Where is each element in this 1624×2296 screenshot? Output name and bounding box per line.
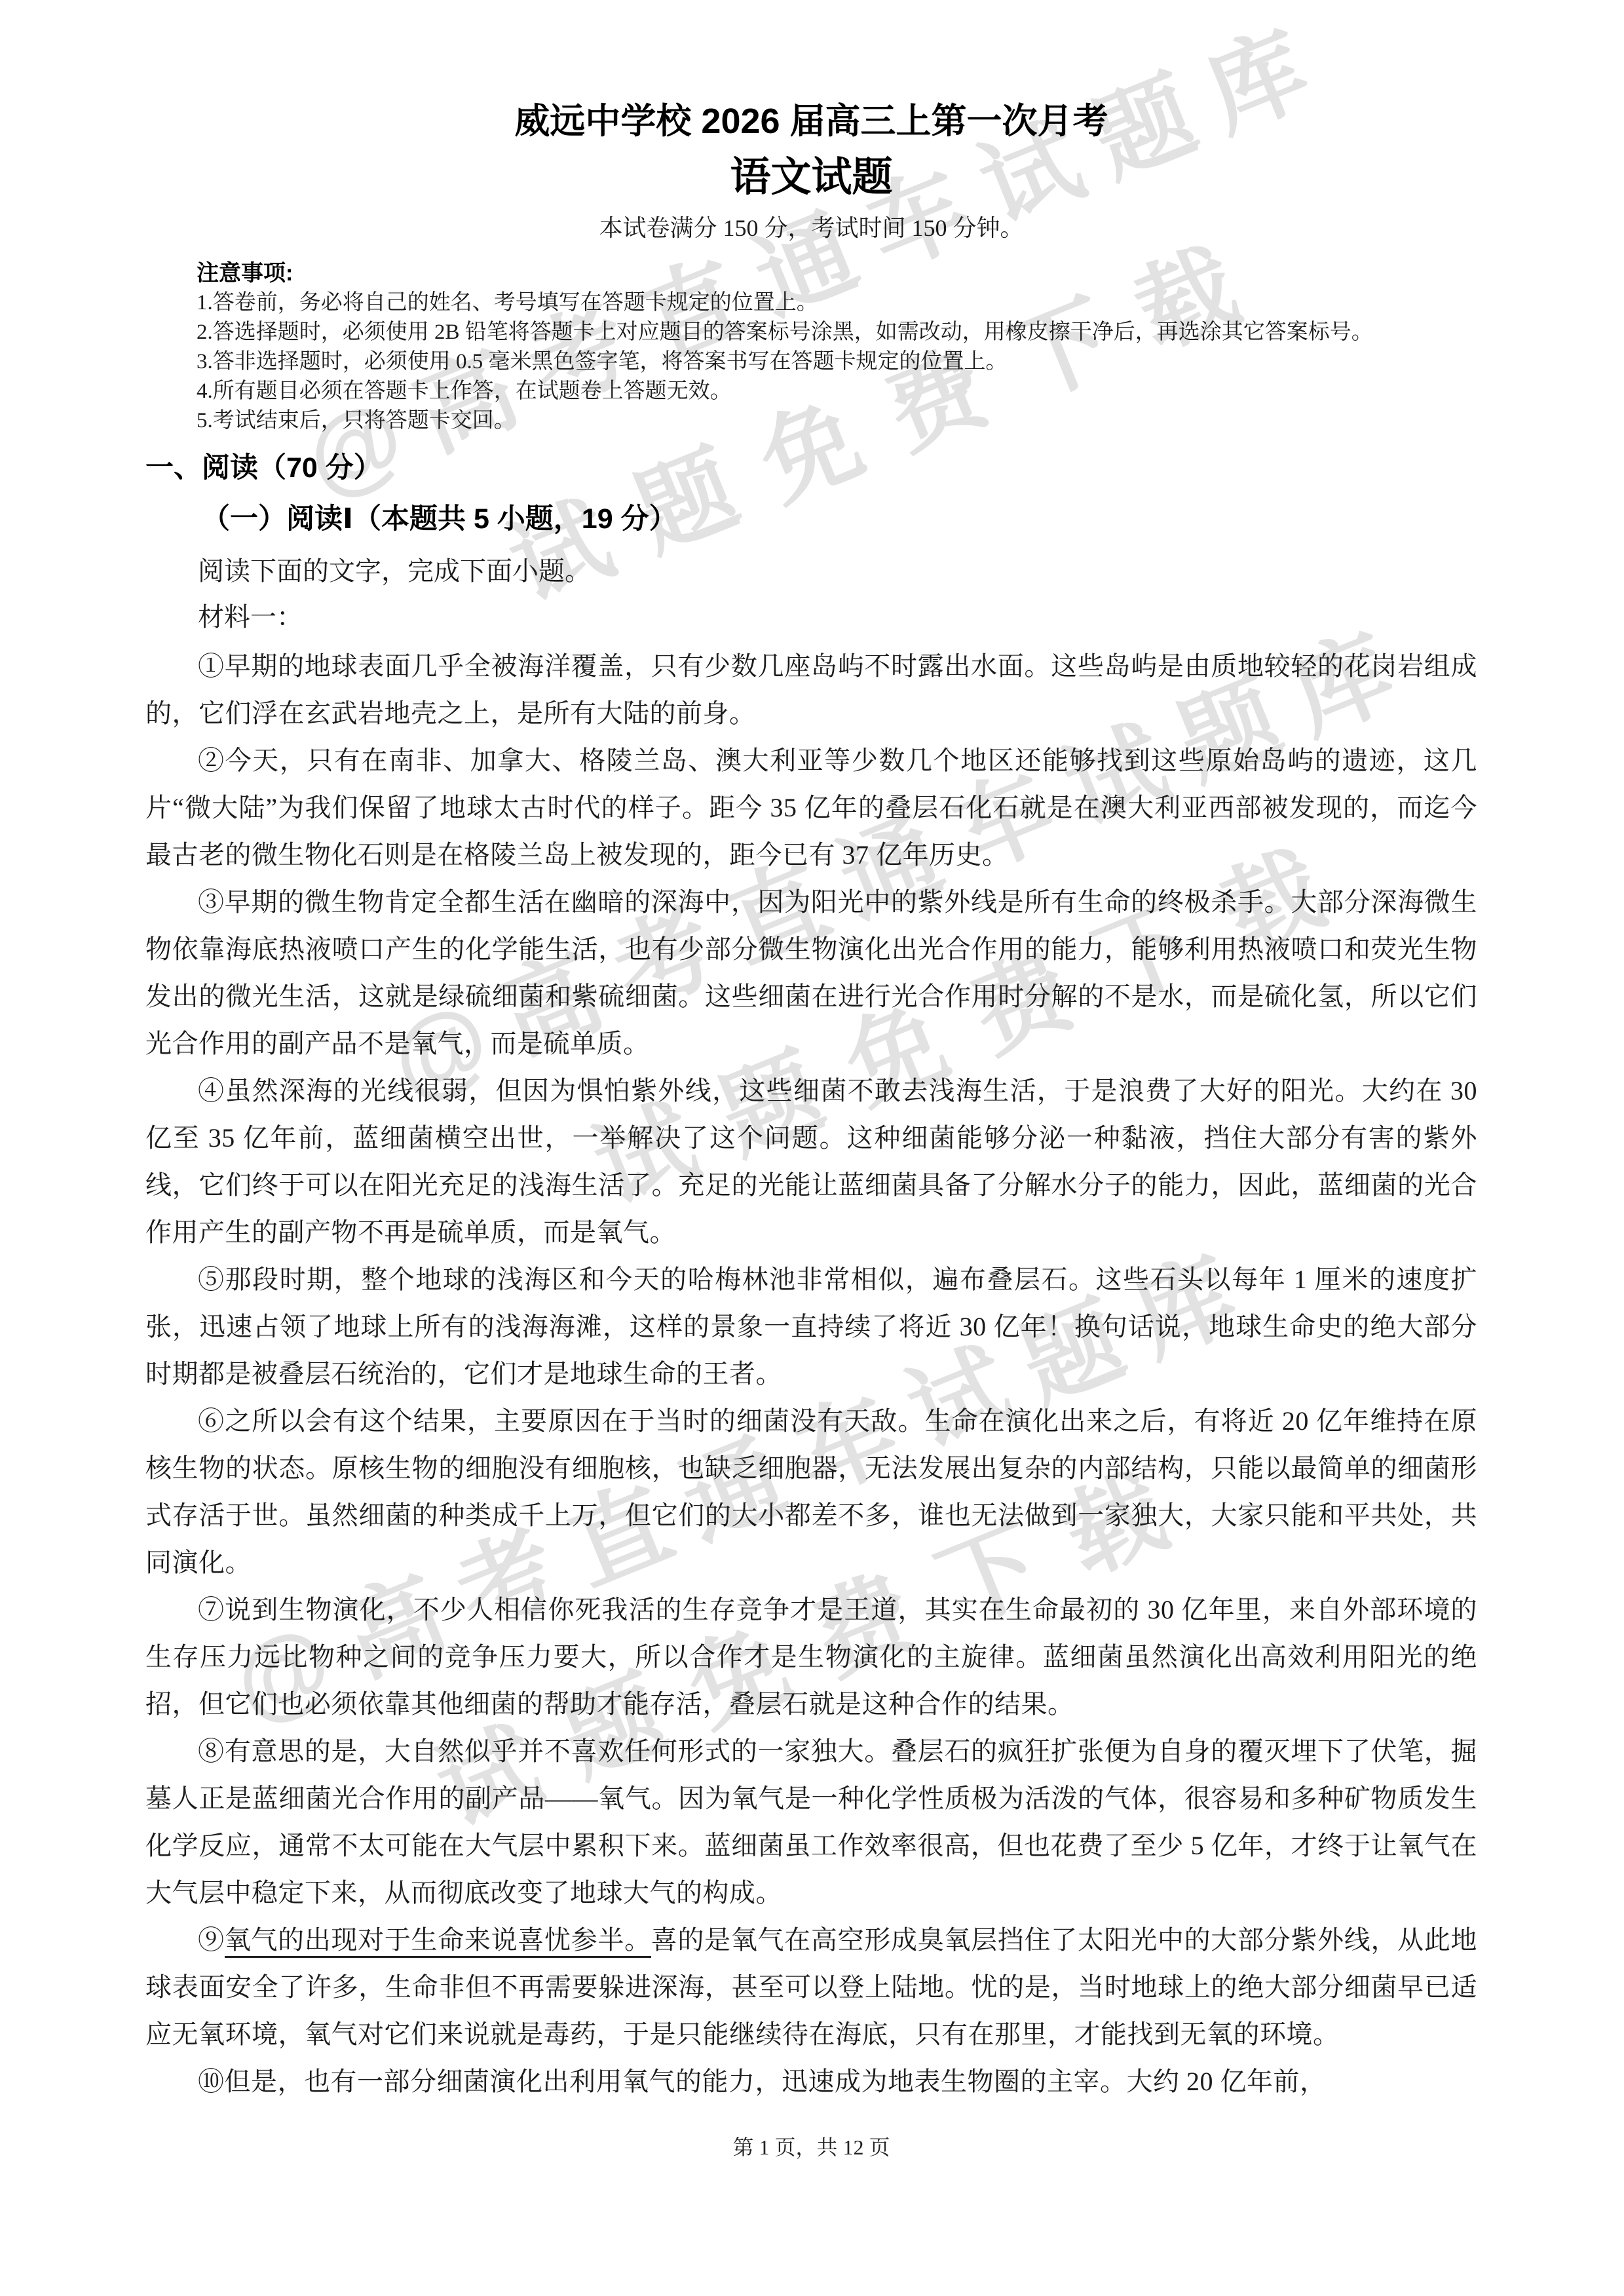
paragraph-text: ⑤那段时期，整个地球的浅海区和今天的哈梅林池非常相似，遍布叠层石。这些石头以每年… [145,1265,1477,1388]
exam-title: 威远中学校 2026 届高三上第一次月考 [145,98,1477,144]
body-paragraph: ⑨氧气的出现对于生命来说喜忧参半。喜的是氧气在高空形成臭氧层挡住了太阳光中的大部… [145,1917,1477,2058]
page-content: 威远中学校 2026 届高三上第一次月考 语文试题 本试卷满分 150 分，考试… [145,98,1477,2162]
reading-instruction: 阅读下面的文字，完成下面小题。 [145,554,1477,589]
notice-item: 5.考试结束后，只将答题卡交回。 [197,406,1477,436]
paragraph-text: ①早期的地球表面几乎全被海洋覆盖，只有少数几座岛屿不时露出水面。这些岛屿是由质地… [145,651,1477,728]
body-paragraph: ⑤那段时期，整个地球的浅海区和今天的哈梅林池非常相似，遍布叠层石。这些石头以每年… [145,1256,1477,1398]
body-paragraph: ⑥之所以会有这个结果，主要原因在于当时的细菌没有天敌。生命在演化出来之后，有将近… [145,1398,1477,1586]
notice-item: 4.所有题目必须在答题卡上作答，在试题卷上答题无效。 [197,377,1477,406]
underlined-text: 氧气的出现对于生命来说喜忧参半。 [225,1925,651,1958]
page-footer: 第 1 页，共 12 页 [145,2133,1477,2162]
paragraph-text: ⑨ [198,1925,225,1955]
paragraph-text: ⑧有意思的是，大自然似乎并不喜欢任何形式的一家独大。叠层石的疯狂扩张便为自身的覆… [145,1736,1477,1907]
body-paragraph: ⑦说到生物演化，不少人相信你死我活的生存竞争才是王道，其实在生命最初的 30 亿… [145,1586,1477,1728]
material-paragraphs: ①早期的地球表面几乎全被海洋覆盖，只有少数几座岛屿不时露出水面。这些岛屿是由质地… [145,643,1477,2105]
body-paragraph: ③早期的微生物肯定全都生活在幽暗的深海中，因为阳光中的紫外线是所有生命的终极杀手… [145,879,1477,1067]
paragraph-text: ②今天，只有在南非、加拿大、格陵兰岛、澳大利亚等少数几个地区还能够找到这些原始岛… [145,746,1477,870]
body-paragraph: ④虽然深海的光线很弱，但因为惧怕紫外线，这些细菌不敢去浅海生活，于是浪费了大好的… [145,1067,1477,1256]
notice-item: 1.答卷前，务必将自己的姓名、考号填写在答题卡规定的位置上。 [197,288,1477,318]
exam-subtitle: 语文试题 [145,152,1477,203]
body-paragraph: ⑩但是，也有一部分细菌演化出利用氧气的能力，迅速成为地表生物圈的主宰。大约 20… [145,2058,1477,2105]
paragraph-text: ⑦说到生物演化，不少人相信你死我活的生存竞争才是王道，其实在生命最初的 30 亿… [145,1595,1477,1719]
paragraph-text: ⑩但是，也有一部分细菌演化出利用氧气的能力，迅速成为地表生物圈的主宰。大约 20… [198,2067,1327,2096]
notice-list: 1.答卷前，务必将自己的姓名、考号填写在答题卡规定的位置上。2.答选择题时，必须… [197,288,1477,436]
paragraph-text: ③早期的微生物肯定全都生活在幽暗的深海中，因为阳光中的紫外线是所有生命的终极杀手… [145,887,1477,1058]
notice-block: 注意事项: 1.答卷前，务必将自己的姓名、考号填写在答题卡规定的位置上。2.答选… [197,258,1477,436]
paragraph-text: ⑥之所以会有这个结果，主要原因在于当时的细菌没有天敌。生命在演化出来之后，有将近… [145,1406,1477,1577]
notice-item: 3.答非选择题时，必须使用 0.5 毫米黑色签字笔，将答案书写在答题卡规定的位置… [197,347,1477,377]
notice-heading: 注意事项: [197,258,1477,288]
body-paragraph: ①早期的地球表面几乎全被海洋覆盖，只有少数几座岛屿不时露出水面。这些岛屿是由质地… [145,643,1477,737]
exam-page: @高考直通车试题库 试题免费下载 @高考直通车试题库 试题免费下载 @高考直通车… [0,0,1624,2296]
material-label: 材料一： [145,600,1477,635]
exam-info: 本试卷满分 150 分，考试时间 150 分钟。 [145,212,1477,244]
section-heading: 一、阅读（70 分） [145,449,1477,487]
paragraph-text: ④虽然深海的光线很弱，但因为惧怕紫外线，这些细菌不敢去浅海生活，于是浪费了大好的… [145,1076,1477,1247]
body-paragraph: ②今天，只有在南非、加拿大、格陵兰岛、澳大利亚等少数几个地区还能够找到这些原始岛… [145,737,1477,879]
body-paragraph: ⑧有意思的是，大自然似乎并不喜欢任何形式的一家独大。叠层石的疯狂扩张便为自身的覆… [145,1728,1477,1917]
subsection-heading: （一）阅读Ⅰ（本题共 5 小题，19 分） [145,500,1477,538]
notice-item: 2.答选择题时，必须使用 2B 铅笔将答题卡上对应题目的答案标号涂黑，如需改动，… [197,318,1477,347]
